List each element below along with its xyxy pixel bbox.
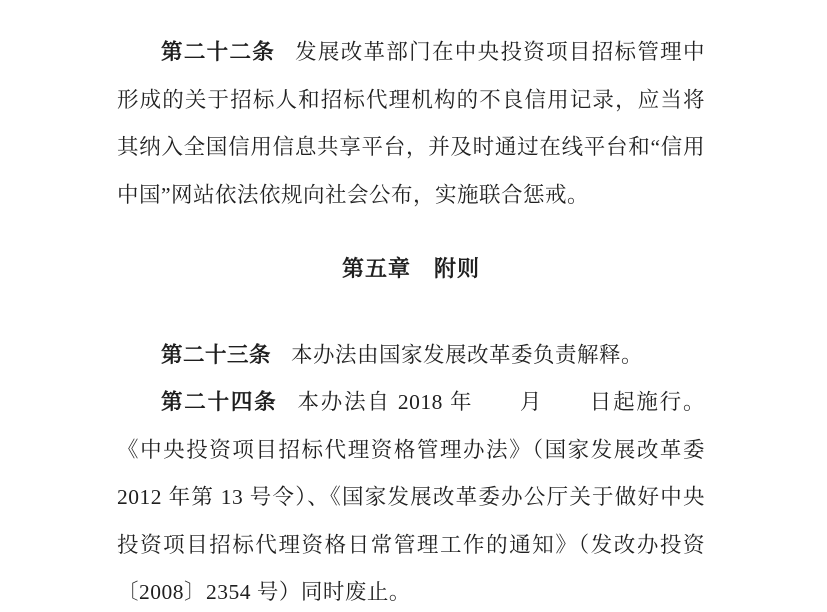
article-24-label: 第二十四条 [161,390,277,414]
article-22-paragraph: 第二十二条发展改革部门在中央投资项目招标管理中形成的关于招标人和招标代理机构的不… [117,29,705,219]
chapter-5-heading: 第五章 附则 [117,245,705,293]
article-23-paragraph: 第二十三条本办法由国家发展改革委负责解释。 [117,332,705,380]
article-23-text: 本办法由国家发展改革委负责解释。 [291,343,643,367]
article-22-label: 第二十二条 [161,40,275,64]
article-24-paragraph: 第二十四条本办法自 2018 年 月 日起施行。《中央投资项目招标代理资格管理办… [117,379,705,612]
article-24-text: 本办法自 2018 年 月 日起施行。《中央投资项目招标代理资格管理办法》（国家… [117,390,705,604]
document-page: 第二十二条发展改革部门在中央投资项目招标管理中形成的关于招标人和招标代理机构的不… [0,0,827,612]
article-23-label: 第二十三条 [161,343,271,367]
article-22-text: 发展改革部门在中央投资项目招标管理中形成的关于招标人和招标代理机构的不良信用记录… [117,40,705,207]
